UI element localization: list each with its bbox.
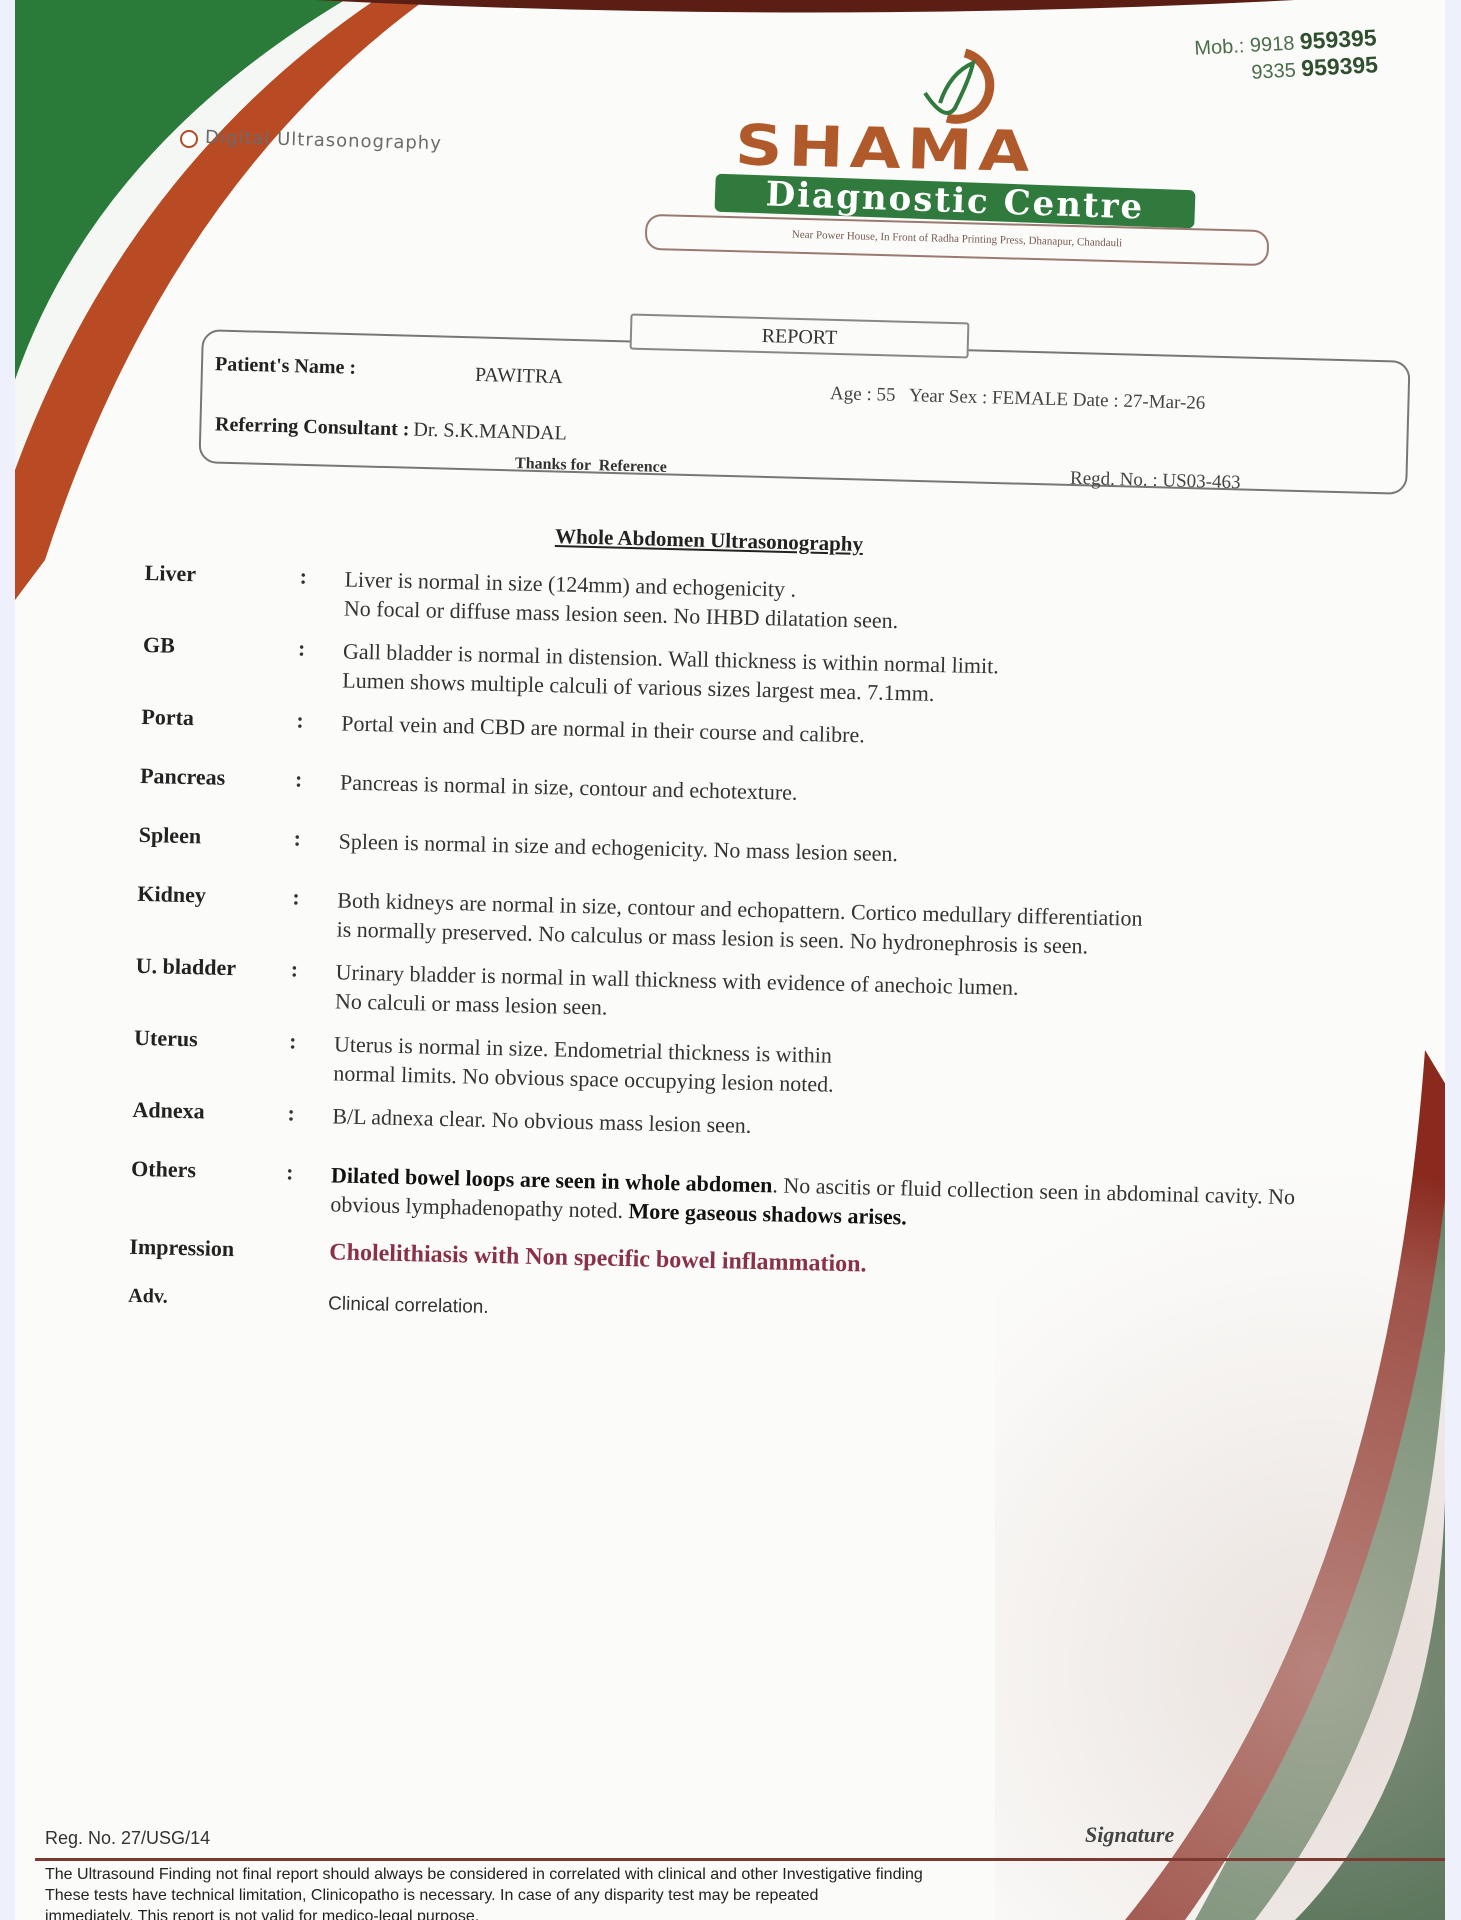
finding-text: Gall bladder is normal in distension. Wa…: [342, 637, 1343, 718]
finding-row: GB:Gall bladder is normal in distension.…: [142, 632, 1343, 717]
mobile-numbers: Mob.: 9918 959395 9335 959395: [1194, 25, 1379, 88]
finding-text: Uterus is normal in size. Endometrial th…: [333, 1029, 1334, 1110]
finding-text: Portal vein and CBD are normal in their …: [341, 709, 1341, 761]
finding-row: Spleen:Spleen is normal in size and echo…: [138, 822, 1338, 878]
brand-name: SHAMA: [734, 112, 1037, 184]
organ-label: U. bladder: [135, 953, 291, 1015]
finding-text: Urinary bladder is normal in wall thickn…: [335, 957, 1336, 1038]
impression: Impression Cholelithiasis with Non speci…: [129, 1234, 1329, 1290]
finding-text: Pancreas is normal in size, contour and …: [340, 767, 1340, 819]
organ-label: Porta: [141, 704, 297, 737]
finding-row: Uterus:Uterus is normal in size. Endomet…: [133, 1025, 1334, 1110]
organ-label: Spleen: [138, 822, 294, 855]
finding-row: Kidney:Both kidneys are normal in size, …: [136, 881, 1337, 966]
organ-label: Liver: [144, 560, 300, 622]
organ-label: Adnexa: [132, 1097, 288, 1130]
registration-number: Regd. No. : US03-463: [1070, 468, 1241, 494]
signature-label: Signature: [1085, 1822, 1174, 1848]
footer-reg-no: Reg. No. 27/USG/14: [45, 1828, 210, 1849]
patient-name-label: Patient's Name :: [215, 353, 357, 380]
patient-name: PAWITRA: [475, 364, 563, 389]
finding-text: Both kidneys are normal in size, contour…: [336, 885, 1337, 966]
organ-label: GB: [142, 632, 298, 694]
bullet-icon: [180, 130, 198, 148]
findings-list: Liver:Liver is normal in size (124mm) an…: [128, 560, 1345, 1353]
finding-others: Others : Dilated bowel loops are seen in…: [130, 1156, 1331, 1241]
disclaimer: The Ultrasound Finding not final report …: [45, 1864, 923, 1920]
organ-label: Pancreas: [140, 763, 296, 796]
report-page: Digital Ultrasonography Mob.: 9918 95939…: [15, 0, 1445, 1920]
organ-label: Kidney: [136, 881, 292, 943]
finding-row: Pancreas:Pancreas is normal in size, con…: [140, 763, 1340, 819]
organ-label: Uterus: [133, 1025, 289, 1087]
finding-row: U. bladder:Urinary bladder is normal in …: [135, 953, 1336, 1038]
finding-text: Spleen is normal in size and echogenicit…: [338, 826, 1338, 878]
footer-divider: [35, 1858, 1445, 1861]
finding-text: B/L adnexa clear. No obvious mass lesion…: [332, 1101, 1332, 1153]
